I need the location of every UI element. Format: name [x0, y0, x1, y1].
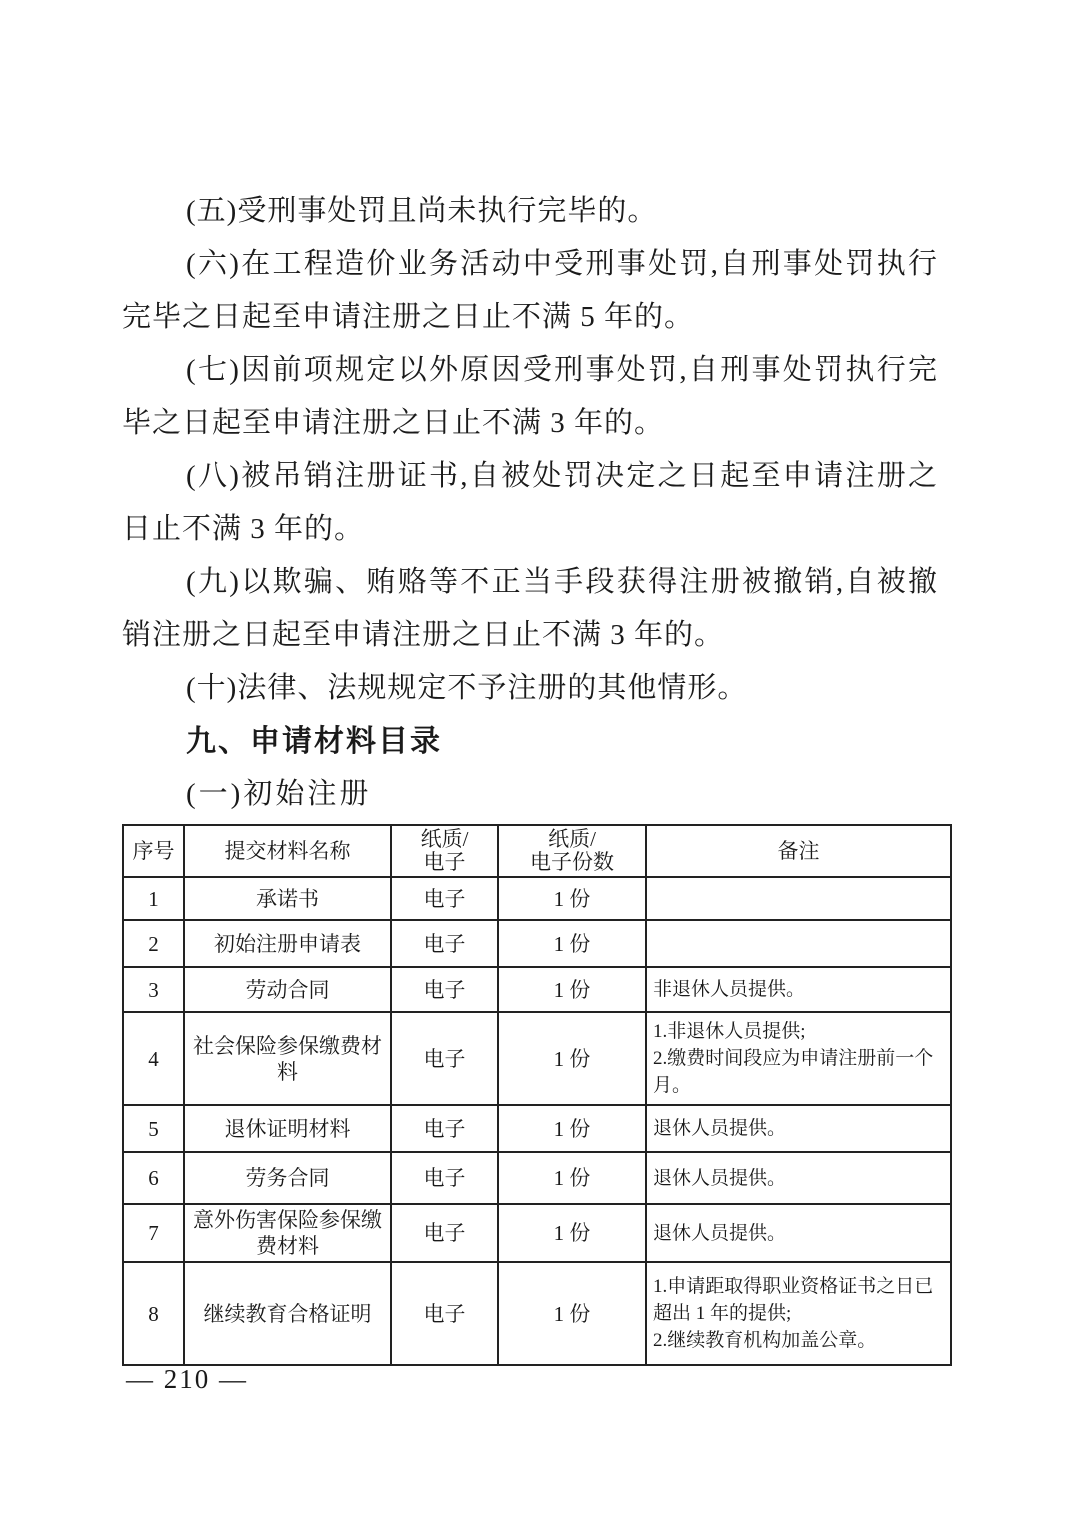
column-header-medium: 纸质/ 电子: [391, 825, 498, 877]
cell-medium: 电子: [391, 1105, 498, 1152]
cell-copies: 1 份: [498, 877, 646, 920]
body-text: (五)受刑事处罚且尚未执行完毕的。 (六)在工程造价业务活动中受刑事处罚,自刑事…: [122, 185, 938, 821]
cell-remark: [646, 877, 951, 920]
cell-material-name: 初始注册申请表: [184, 920, 391, 967]
paragraph-line: (八)被吊销注册证书,自被处罚决定之日起至申请注册之: [122, 450, 938, 503]
cell-copies: 1 份: [498, 1105, 646, 1152]
paragraph-line: (十)法律、法规规定不予注册的其他情形。: [122, 662, 938, 715]
column-header-remark: 备注: [646, 825, 951, 877]
cell-copies: 1 份: [498, 1012, 646, 1105]
paragraph-line: (五)受刑事处罚且尚未执行完毕的。: [122, 185, 938, 238]
cell-remark: 退休人员提供。: [646, 1152, 951, 1204]
table-row: 3 劳动合同 电子 1 份 非退休人员提供。: [123, 967, 951, 1012]
cell-copies: 1 份: [498, 920, 646, 967]
column-header-index: 序号: [123, 825, 184, 877]
cell-medium: 电子: [391, 1262, 498, 1365]
table-row: 5 退休证明材料 电子 1 份 退休人员提供。: [123, 1105, 951, 1152]
table-row: 1 承诺书 电子 1 份: [123, 877, 951, 920]
cell-copies: 1 份: [498, 1262, 646, 1365]
cell-medium: 电子: [391, 967, 498, 1012]
cell-medium: 电子: [391, 877, 498, 920]
paragraph-line: 完毕之日起至申请注册之日止不满 5 年的。: [122, 291, 938, 344]
table-row: 7 意外伤害保险参保缴费材料 电子 1 份 退休人员提供。: [123, 1204, 951, 1262]
cell-index: 2: [123, 920, 184, 967]
paragraph-line: (九)以欺骗、贿赂等不正当手段获得注册被撤销,自被撤: [122, 556, 938, 609]
cell-index: 8: [123, 1262, 184, 1365]
table-header-row: 序号 提交材料名称 纸质/ 电子 纸质/ 电子份数 备注: [123, 825, 951, 877]
page-number: — 210 —: [126, 1363, 248, 1395]
table-row: 6 劳务合同 电子 1 份 退休人员提供。: [123, 1152, 951, 1204]
column-header-material-name: 提交材料名称: [184, 825, 391, 877]
cell-medium: 电子: [391, 920, 498, 967]
cell-remark: 退休人员提供。: [646, 1204, 951, 1262]
cell-medium: 电子: [391, 1152, 498, 1204]
cell-material-name: 劳动合同: [184, 967, 391, 1012]
table-row: 2 初始注册申请表 电子 1 份: [123, 920, 951, 967]
cell-index: 4: [123, 1012, 184, 1105]
cell-copies: 1 份: [498, 1152, 646, 1204]
paragraph-line: 日止不满 3 年的。: [122, 503, 938, 556]
cell-material-name: 意外伤害保险参保缴费材料: [184, 1204, 391, 1262]
table-row: 4 社会保险参保缴费材料 电子 1 份 1.非退休人员提供; 2.缴费时间段应为…: [123, 1012, 951, 1105]
cell-index: 5: [123, 1105, 184, 1152]
cell-remark: 1.非退休人员提供; 2.缴费时间段应为申请注册前一个 月。: [646, 1012, 951, 1105]
table-row: 8 继续教育合格证明 电子 1 份 1.申请距取得职业资格证书之日已 超出 1 …: [123, 1262, 951, 1365]
cell-material-name: 承诺书: [184, 877, 391, 920]
materials-table: 序号 提交材料名称 纸质/ 电子 纸质/ 电子份数 备注 1 承诺书 电子 1 …: [122, 824, 952, 1366]
document-page: (五)受刑事处罚且尚未执行完毕的。 (六)在工程造价业务活动中受刑事处罚,自刑事…: [0, 0, 1075, 1519]
cell-material-name: 继续教育合格证明: [184, 1262, 391, 1365]
sub-heading: (一)初始注册: [122, 768, 938, 821]
cell-copies: 1 份: [498, 967, 646, 1012]
cell-remark: 退休人员提供。: [646, 1105, 951, 1152]
cell-material-name: 劳务合同: [184, 1152, 391, 1204]
cell-copies: 1 份: [498, 1204, 646, 1262]
cell-index: 3: [123, 967, 184, 1012]
cell-material-name: 社会保险参保缴费材料: [184, 1012, 391, 1105]
cell-medium: 电子: [391, 1204, 498, 1262]
paragraph-line: 毕之日起至申请注册之日止不满 3 年的。: [122, 397, 938, 450]
cell-remark: 非退休人员提供。: [646, 967, 951, 1012]
cell-index: 6: [123, 1152, 184, 1204]
cell-medium: 电子: [391, 1012, 498, 1105]
paragraph-line: (七)因前项规定以外原因受刑事处罚,自刑事处罚执行完: [122, 344, 938, 397]
cell-index: 7: [123, 1204, 184, 1262]
cell-remark: 1.申请距取得职业资格证书之日已 超出 1 年的提供; 2.继续教育机构加盖公章…: [646, 1262, 951, 1365]
cell-remark: [646, 920, 951, 967]
paragraph-line: (六)在工程造价业务活动中受刑事处罚,自刑事处罚执行: [122, 238, 938, 291]
column-header-copies: 纸质/ 电子份数: [498, 825, 646, 877]
cell-index: 1: [123, 877, 184, 920]
section-heading: 九、申请材料目录: [122, 715, 938, 768]
cell-material-name: 退休证明材料: [184, 1105, 391, 1152]
paragraph-line: 销注册之日起至申请注册之日止不满 3 年的。: [122, 609, 938, 662]
